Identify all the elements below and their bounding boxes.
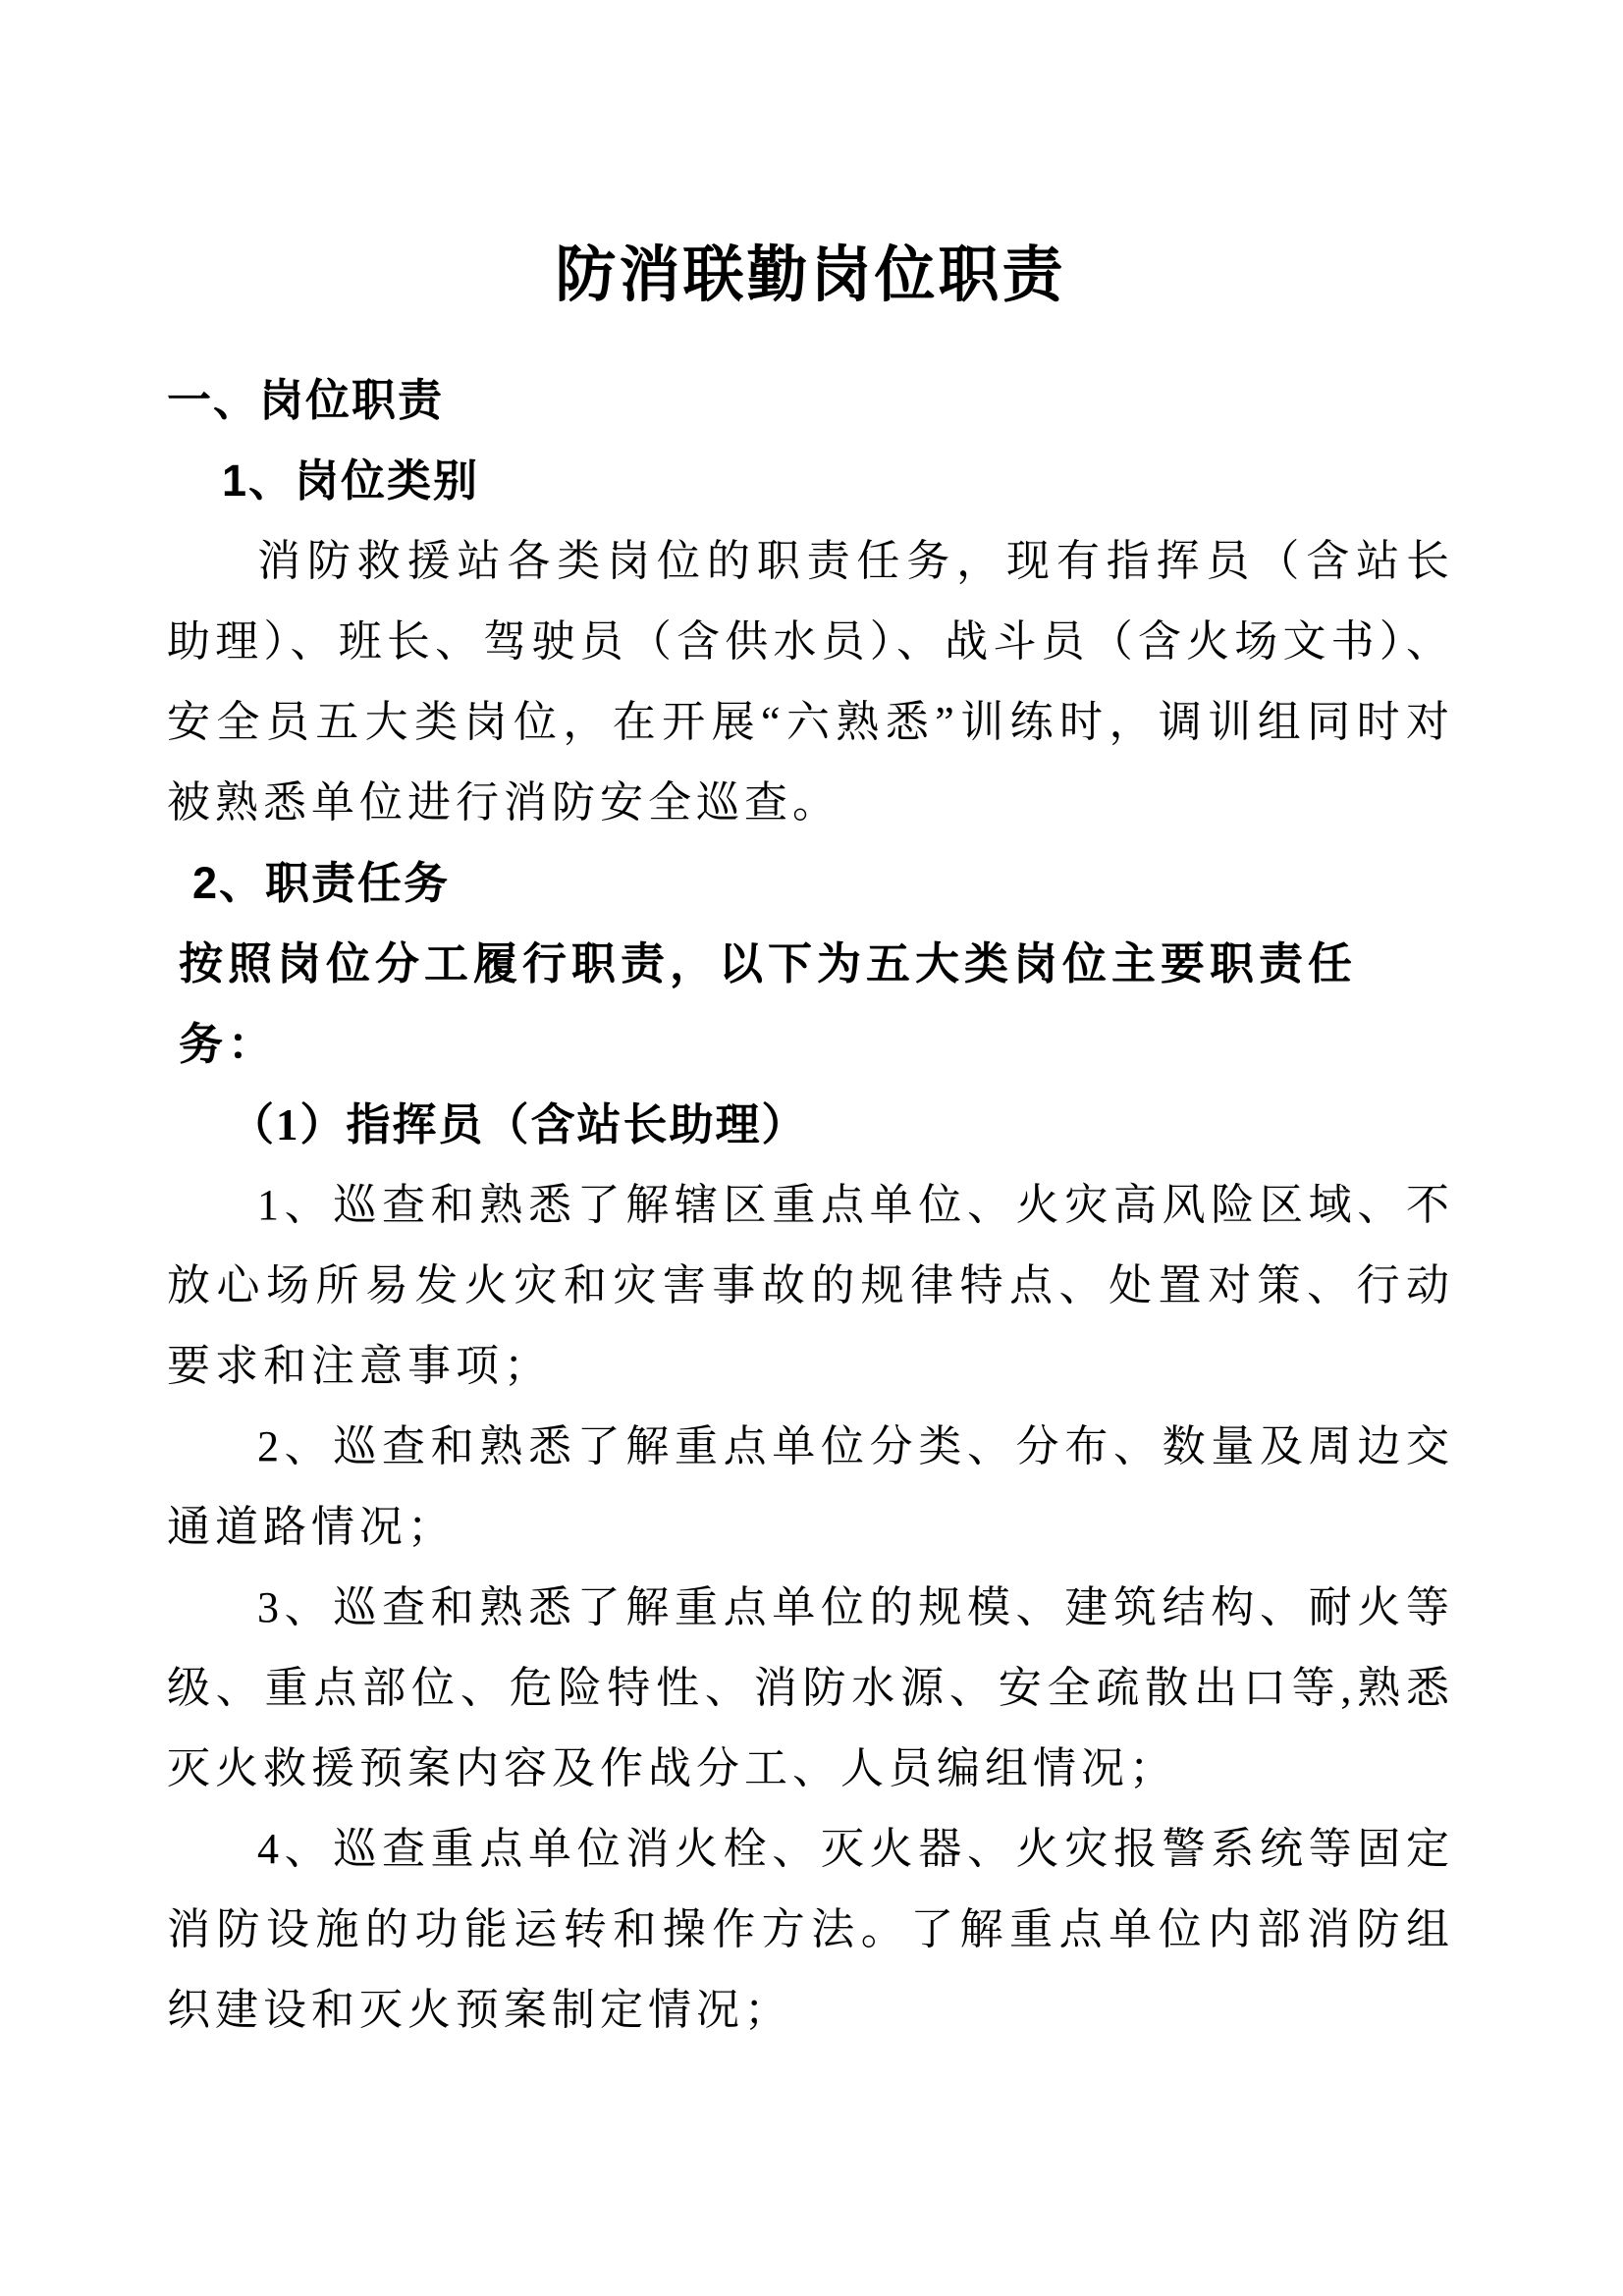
section-heading-duty-tasks: 2、职责任务 [167,843,1454,924]
commander-duty-item-3: 3、巡查和熟悉了解重点单位的规模、建筑结构、耐火等级、重点部位、危险特性、消防水… [167,1568,1454,1809]
paragraph-post-category-body: 消防救援站各类岗位的职责任务，现有指挥员（含站长助理）、班长、驾驶员（含供水员）… [167,521,1454,843]
commander-duty-item-1: 1、巡查和熟悉了解辖区重点单位、火灾高风险区域、不放心场所易发火灾和灾害事故的规… [167,1165,1454,1407]
lead-sentence-duty-tasks: 按照岗位分工履行职责，以下为五大类岗位主要职责任务： [167,924,1454,1085]
commander-duty-item-4: 4、巡查重点单位消火栓、灭火器、火灾报警系统等固定消防设施的功能运转和操作方法。… [167,1809,1454,2051]
document-page: 防消联勤岗位职责 一、岗位职责 1、岗位类别 消防救援站各类岗位的职责任务，现有… [0,0,1623,2296]
section-heading-post-duties: 一、岗位职责 [167,360,1454,441]
commander-duty-item-2: 2、巡查和熟悉了解重点单位分类、分布、数量及周边交通道路情况； [167,1407,1454,1568]
subsection-heading-commander: （1）指挥员（含站长助理） [167,1085,1454,1165]
document-title: 防消联勤岗位职责 [167,240,1454,311]
subsection-heading-post-category: 1、岗位类别 [167,441,1454,521]
